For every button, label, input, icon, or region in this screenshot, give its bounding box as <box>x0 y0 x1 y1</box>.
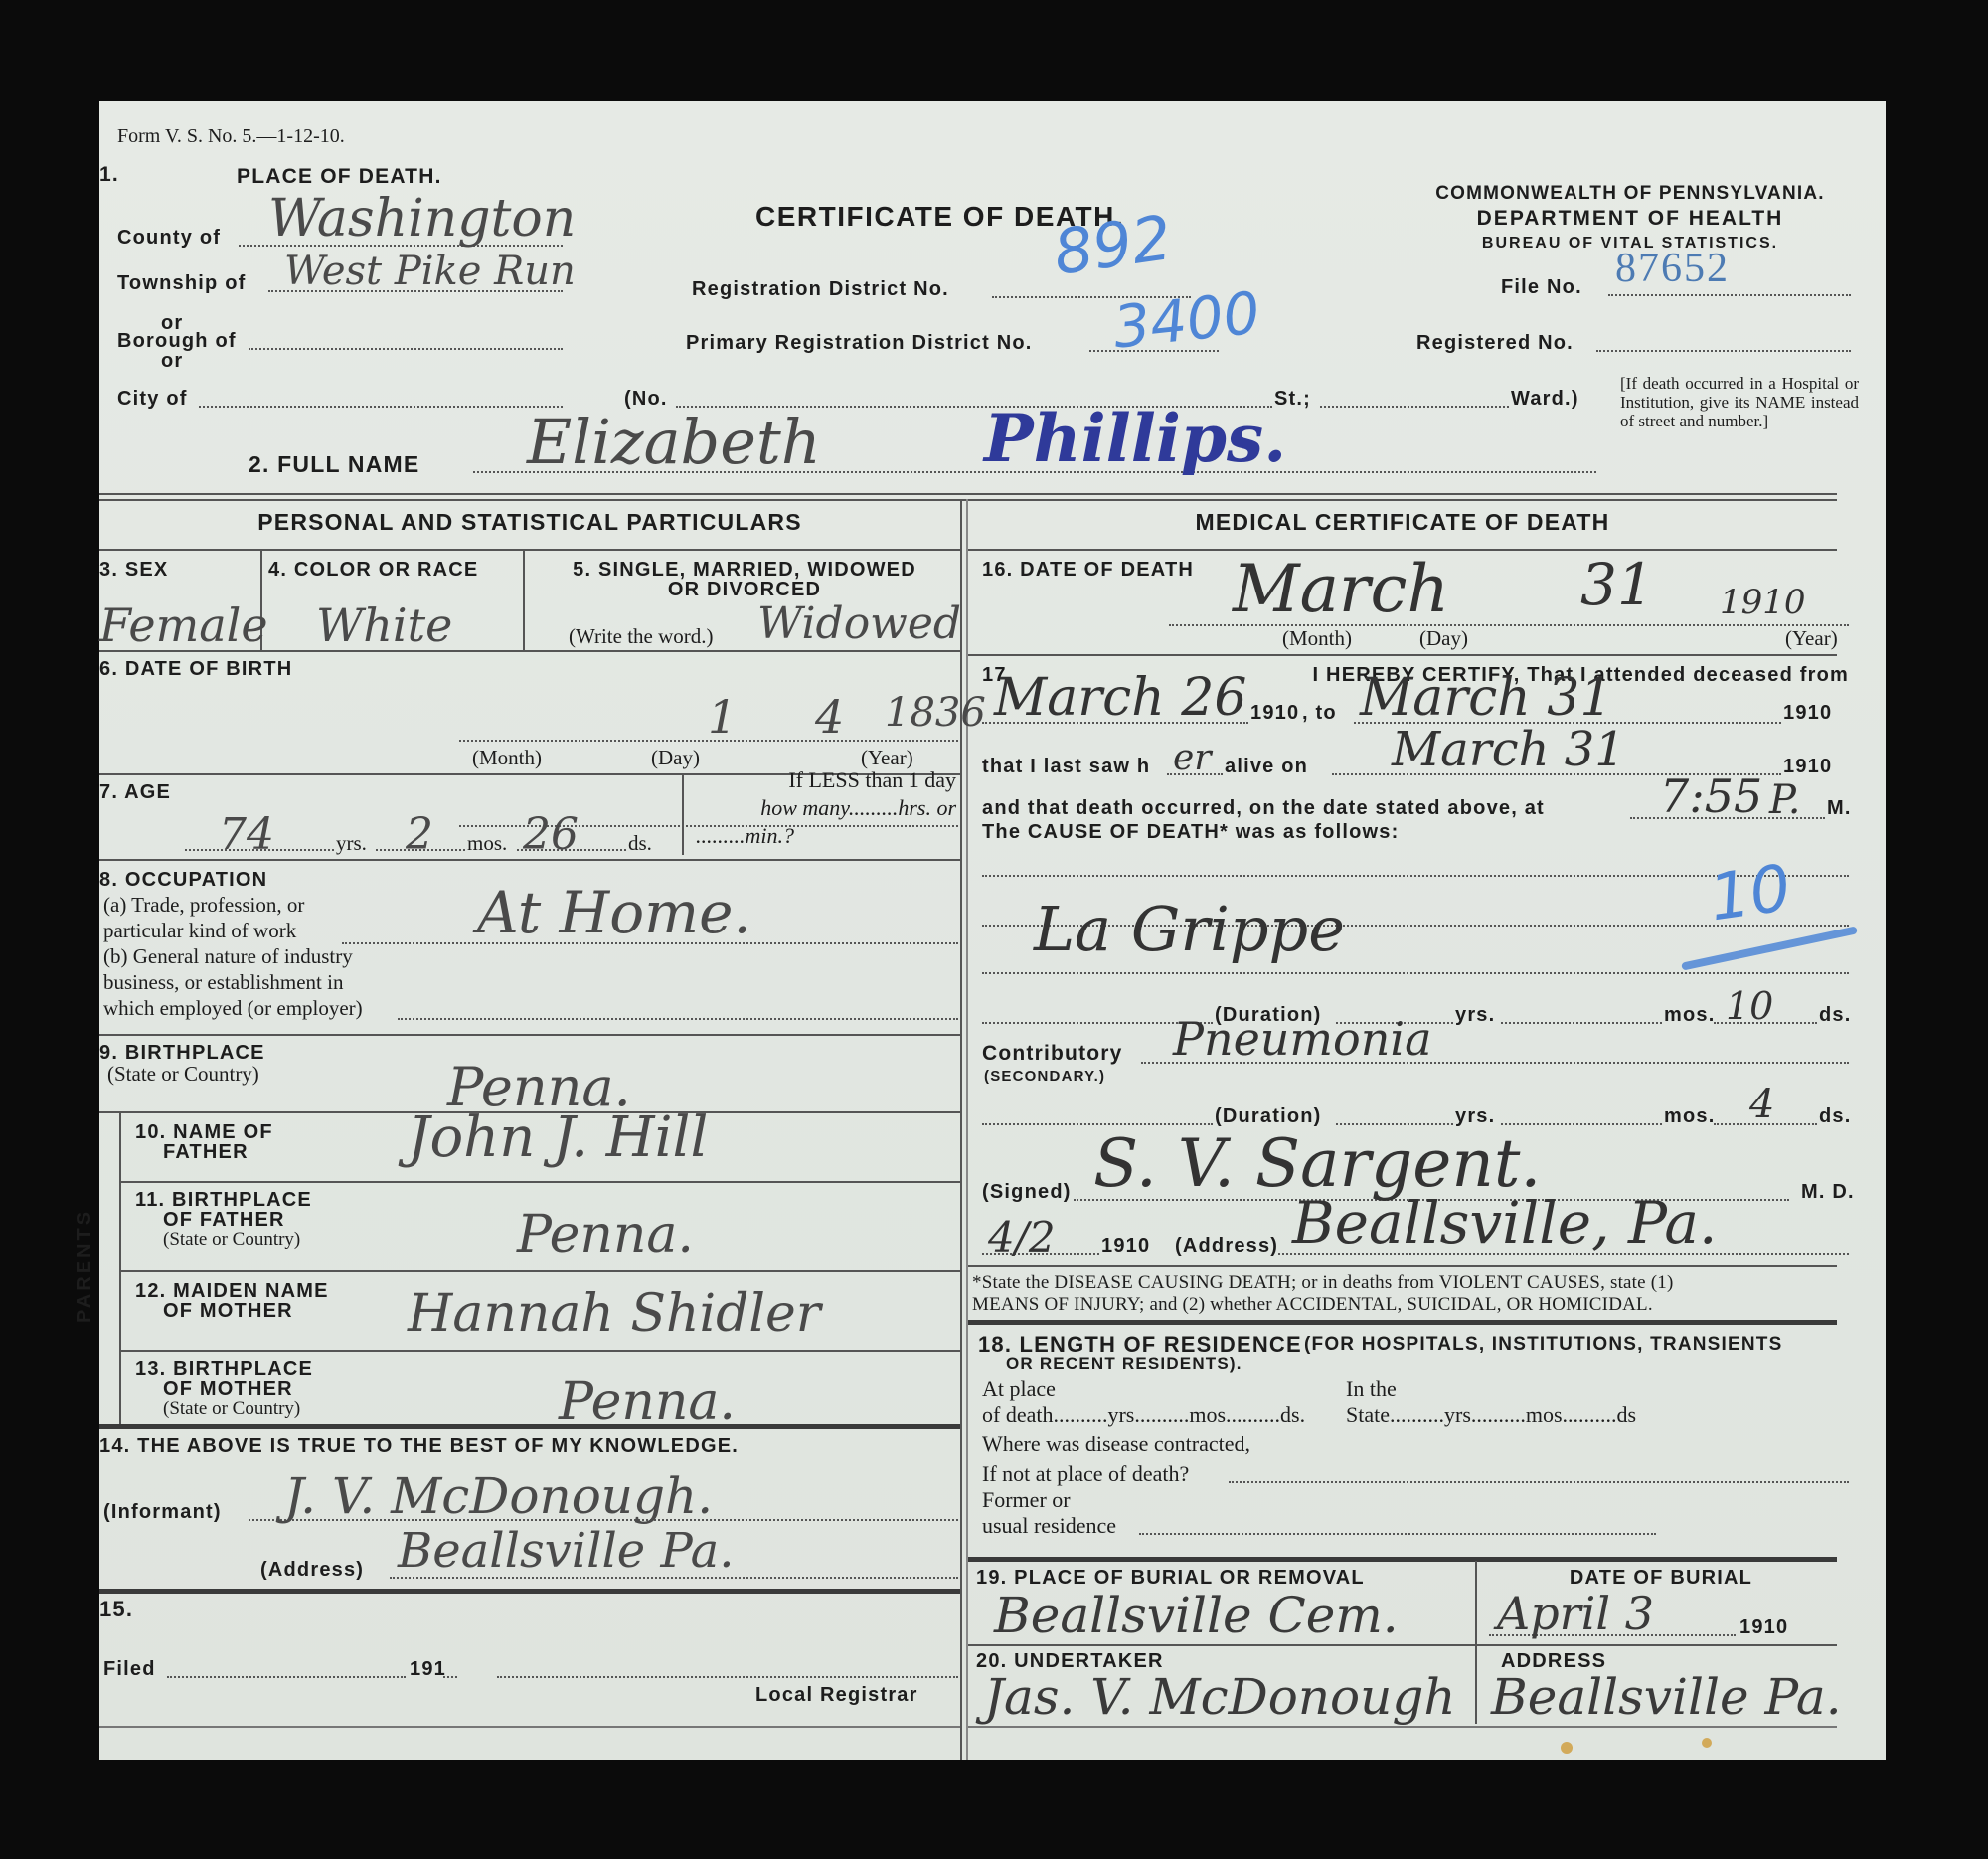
city-label: City of <box>117 388 188 411</box>
occupation-value: At Home. <box>477 879 751 946</box>
father-birthplace-value: Penna. <box>517 1205 694 1265</box>
less-than-day-2: how many.........hrs. or <box>696 795 956 821</box>
hospital-note: [If death occurred in a Hospital or Inst… <box>1620 374 1859 430</box>
punch-hole-mark <box>1561 1742 1573 1754</box>
death-month-caption: (Month) <box>1282 626 1352 651</box>
undertaker-value: Jas. V. McDonough <box>984 1668 1456 1726</box>
contracted-label-2: If not at place of death? <box>982 1461 1189 1487</box>
place-of-death-heading: PLACE OF DEATH. <box>237 165 442 189</box>
issuer-commonwealth: COMMONWEALTH OF PENNSYLVANIA. <box>1402 183 1859 205</box>
undertaker-address-value: Beallsville Pa. <box>1491 1668 1842 1726</box>
marital-value: Widowed <box>757 598 961 649</box>
time-of-death-ampm: P. <box>1769 777 1801 823</box>
last-saw-year: 1910 <box>1783 756 1832 778</box>
burial-date-value: April 3 <box>1497 1587 1654 1640</box>
death-year-caption: (Year) <box>1785 626 1838 651</box>
former-residence-field <box>1139 1533 1656 1535</box>
cause-code-pencil: 10 <box>1705 852 1795 936</box>
alive-on-label: alive on <box>1225 756 1308 778</box>
occupation-b-line1: (b) General nature of industry <box>103 944 353 969</box>
age-label: 7. AGE <box>99 781 171 804</box>
dob-day: 4 <box>815 690 844 744</box>
physician-address-label: (Address) <box>1175 1235 1278 1258</box>
informant-label: (Informant) <box>103 1501 222 1524</box>
form-number: Form V. S. No. 5.—1-12-10. <box>117 125 345 148</box>
full-name-label: 2. FULL NAME <box>248 451 419 478</box>
registered-no-field <box>1596 350 1851 352</box>
at-place-label-2: of death..........yrs..........mos......… <box>982 1402 1305 1428</box>
county-value: Washington <box>268 189 576 249</box>
to-label: , to <box>1302 702 1337 725</box>
former-residence-label-2: usual residence <box>982 1513 1116 1539</box>
marital-hint: (Write the word.) <box>569 624 714 649</box>
occupation-a-line2: particular kind of work <box>103 919 296 943</box>
full-name-last: Phillips. <box>984 400 1286 477</box>
cause-of-death-value: La Grippe <box>1034 893 1345 965</box>
death-certificate: Form V. S. No. 5.—1-12-10. 1. PLACE OF D… <box>99 101 1886 1760</box>
in-state-label-2: State..........yrs..........mos.........… <box>1346 1402 1636 1428</box>
contracted-field <box>1229 1481 1849 1483</box>
birthplace-hint: (State or Country) <box>107 1062 259 1087</box>
informant-address-value: Beallsville Pa. <box>398 1523 734 1579</box>
attended-from-value: March 26 <box>994 668 1246 728</box>
or-text: or <box>161 350 183 373</box>
occupation-b-line3: which employed (or employer) <box>103 996 363 1021</box>
age-months: 2 <box>406 809 433 860</box>
death-year-value: 1910 <box>1720 583 1806 622</box>
full-name-first: Elizabeth <box>527 406 821 478</box>
death-month-value: March <box>1233 551 1449 627</box>
footnote-line-2: MEANS OF INJURY; and (2) whether ACCIDEN… <box>972 1294 1653 1316</box>
personal-heading: PERSONAL AND STATISTICAL PARTICULARS <box>99 509 960 536</box>
secondary-label: (SECONDARY.) <box>984 1068 1105 1085</box>
dob-month-caption: (Month) <box>472 746 542 770</box>
section-15-number: 15. <box>99 1597 133 1622</box>
last-saw-date: March 31 <box>1392 722 1625 777</box>
parents-side-label: PARENTS <box>74 1209 96 1323</box>
signed-date: 4/2 <box>988 1213 1056 1262</box>
contributory-value: Pneumonia <box>1173 1012 1432 1066</box>
medical-heading: MEDICAL CERTIFICATE OF DEATH <box>968 509 1837 536</box>
date-of-death-label: 16. DATE OF DEATH <box>982 559 1194 582</box>
death-day-value: 31 <box>1580 551 1654 618</box>
signed-label: (Signed) <box>982 1181 1072 1204</box>
filed-date-field <box>167 1676 406 1678</box>
contributory-duration-mos-label: mos. <box>1664 1105 1715 1128</box>
md-label: M. D. <box>1801 1181 1855 1204</box>
cause-duration-days: 10 <box>1726 984 1773 1028</box>
contributory-label: Contributory <box>982 1042 1123 1066</box>
ward-label: Ward.) <box>1511 388 1579 411</box>
informant-address-label: (Address) <box>260 1559 364 1582</box>
file-no-label: File No. <box>1501 276 1582 299</box>
occupation-a-line1: (a) Trade, profession, or <box>103 893 304 918</box>
race-value: White <box>316 598 452 652</box>
mother-name-label-2: OF MOTHER <box>163 1300 293 1323</box>
township-label: Township of <box>117 272 246 295</box>
cause-of-death-label: The CAUSE OF DEATH* was as follows: <box>982 821 1399 844</box>
race-label: 4. COLOR OR RACE <box>268 559 478 582</box>
employer-field <box>398 1018 958 1020</box>
age-years: 74 <box>219 809 274 860</box>
registered-no-label: Registered No. <box>1416 332 1574 355</box>
former-residence-label-1: Former or <box>982 1487 1071 1513</box>
section-1-number: 1. <box>99 163 119 187</box>
time-suffix: M. <box>1827 797 1852 820</box>
county-label: County of <box>117 227 221 250</box>
residence-note-1: (FOR HOSPITALS, INSTITUTIONS, TRANSIENTS <box>1304 1334 1782 1356</box>
mother-birthplace-hint: (State or Country) <box>163 1398 300 1420</box>
cause-duration-ds-label: ds. <box>1819 1004 1852 1027</box>
pencil-underline-mark <box>1681 926 1858 970</box>
contributory-duration-days: 4 <box>1749 1082 1774 1127</box>
attended-from-year: 1910 <box>1250 702 1299 725</box>
death-day-caption: (Day) <box>1419 626 1468 651</box>
at-place-label-1: At place <box>982 1376 1056 1402</box>
attended-to-year: 1910 <box>1783 702 1832 725</box>
physician-address-value: Beallsville, Pa. <box>1292 1189 1717 1257</box>
dob-month: 1 <box>708 690 737 744</box>
less-than-day-3: .........min.? <box>696 823 794 849</box>
signed-year: 1910 <box>1101 1235 1150 1258</box>
last-saw-pronoun: er <box>1173 738 1212 778</box>
dob-day-caption: (Day) <box>651 746 700 770</box>
filed-year-prefix: 191 <box>410 1658 446 1681</box>
informant-value: J. V. McDonough. <box>284 1467 713 1525</box>
primary-district-value: 3400 <box>1110 278 1263 361</box>
township-value: West Pike Run <box>284 249 576 294</box>
burial-year: 1910 <box>1739 1616 1788 1639</box>
age-yrs-label: yrs. <box>336 831 367 856</box>
age-ds-label: ds. <box>628 831 652 856</box>
dob-year: 1836 <box>885 690 986 736</box>
footnote-line-1: *State the DISEASE CAUSING DEATH; or in … <box>972 1272 1674 1294</box>
filed-label: Filed <box>103 1658 156 1681</box>
registrar-signature-field <box>497 1676 958 1678</box>
father-name-label-2: FATHER <box>163 1141 248 1164</box>
occupation-b-line2: business, or establishment in <box>103 970 343 995</box>
less-than-day-1: If LESS than 1 day <box>696 767 956 793</box>
mother-name-value: Hannah Shidler <box>408 1284 821 1344</box>
in-state-label-1: In the <box>1346 1376 1397 1402</box>
file-number-stamp: 87652 <box>1615 245 1730 292</box>
sex-value: Female <box>99 598 268 652</box>
age-mos-label: mos. <box>467 831 507 856</box>
primary-district-label: Primary Registration District No. <box>686 332 1033 355</box>
contributory-duration-ds-label: ds. <box>1819 1105 1852 1128</box>
time-of-death-label: and that death occurred, on the date sta… <box>982 797 1545 820</box>
attended-to-value: March 31 <box>1360 668 1612 728</box>
time-of-death-value: 7:55 <box>1660 769 1762 823</box>
father-name-value: John J. Hill <box>408 1105 708 1170</box>
sex-label: 3. SEX <box>99 559 168 582</box>
dob-label: 6. DATE OF BIRTH <box>99 658 292 681</box>
local-registrar-label: Local Registrar <box>755 1684 918 1707</box>
mother-birthplace-value: Penna. <box>559 1372 736 1432</box>
father-birthplace-hint: (State or Country) <box>163 1229 300 1251</box>
cause-duration-mos-label: mos. <box>1664 1004 1715 1027</box>
issuer-department: DEPARTMENT OF HEALTH <box>1402 207 1859 231</box>
contracted-label-1: Where was disease contracted, <box>982 1432 1250 1457</box>
borough-field <box>248 348 563 350</box>
cause-duration-yrs-label: yrs. <box>1455 1004 1495 1027</box>
registration-district-value: 892 <box>1049 201 1175 289</box>
age-days: 26 <box>523 809 579 860</box>
informant-statement: 14. THE ABOVE IS TRUE TO THE BEST OF MY … <box>99 1436 739 1458</box>
punch-hole-mark <box>1702 1738 1712 1748</box>
city-field <box>199 406 563 408</box>
registration-district-label: Registration District No. <box>692 278 949 301</box>
last-saw-label: that I last saw h <box>982 756 1150 778</box>
burial-place-value: Beallsville Cem. <box>994 1587 1399 1644</box>
occupation-label: 8. OCCUPATION <box>99 869 267 892</box>
residence-note-2: OR RECENT RESIDENTS). <box>1006 1354 1242 1374</box>
